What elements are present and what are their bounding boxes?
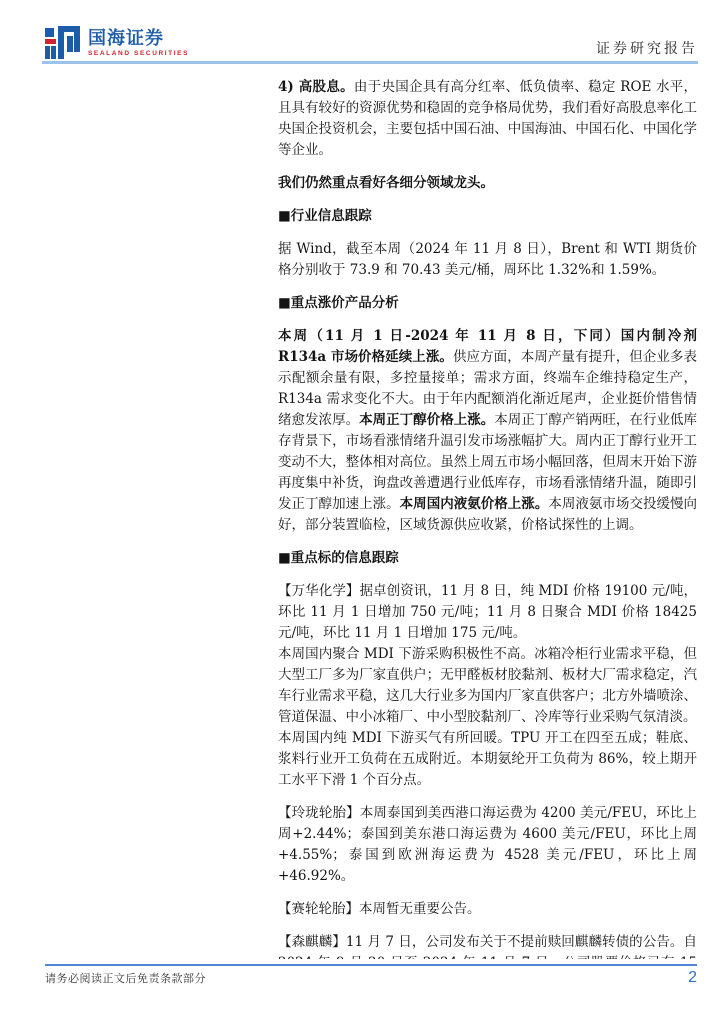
paragraph: 【森麒麟】11 月 7 日，公司发布关于不提前赎回麒麟转债的公告。自 2024 … xyxy=(278,932,697,959)
page-header: 国海证券 SEALAND SECURITIES 证券研究报告 xyxy=(45,26,698,60)
bold-text-run: 我们仍然重点看好各细分领域龙头。 xyxy=(278,175,494,191)
paragraph: 本周国内聚合 MDI 下游采购积极性不高。冰箱冷柜行业需求平稳，但大型工厂多为厂… xyxy=(278,644,697,728)
bold-text-run: 本周国内液氨价格上涨。 xyxy=(400,496,549,512)
bold-text-run: ■行业信息跟踪 xyxy=(278,208,372,224)
report-body: 4) 高股息。由于央国企具有高分红率、低负债率、稳定 ROE 水平，且具有较好的… xyxy=(278,77,697,959)
brand-subtitle: SEALAND SECURITIES xyxy=(88,50,189,57)
bold-text-run: 4) 高股息。 xyxy=(278,79,354,95)
paragraph: 据 Wind，截至本周（2024 年 11 月 8 日），Brent 和 WTI… xyxy=(278,239,697,281)
text-run: 【玲珑轮胎】本周泰国到美西港口海运费为 4200 美元/FEU，环比上周+2.4… xyxy=(278,805,697,884)
text-run: 【万华化学】据卓创资讯，11 月 8 日，纯 MDI 价格 19100 元/吨，… xyxy=(278,583,697,641)
paragraph: 【玲珑轮胎】本周泰国到美西港口海运费为 4200 美元/FEU，环比上周+2.4… xyxy=(278,803,697,887)
paragraph: 【万华化学】据卓创资讯，11 月 8 日，纯 MDI 价格 19100 元/吨，… xyxy=(278,581,697,644)
brand-text: 国海证券 SEALAND SECURITIES xyxy=(88,29,189,57)
bold-text-run: ■重点涨价产品分析 xyxy=(278,295,399,311)
section-heading: ■重点标的信息跟踪 xyxy=(278,548,697,569)
page-footer: 请务必阅读正文后免责条款部分 2 xyxy=(45,970,697,986)
brand-name: 国海证券 xyxy=(88,29,189,48)
text-run: 本周国内聚合 MDI 下游采购积极性不高。冰箱冷柜行业需求平稳，但大型工厂多为厂… xyxy=(278,646,697,725)
footer-divider xyxy=(45,964,697,966)
text-run: 【森麒麟】11 月 7 日，公司发布关于不提前赎回麒麟转债的公告。自 2024 … xyxy=(278,934,697,959)
paragraph: 本周国内纯 MDI 下游买气有所回暖。TPU 开工在四至五成；鞋底、浆料行业开工… xyxy=(278,728,697,791)
bold-text-run: ■重点标的信息跟踪 xyxy=(278,550,399,566)
header-divider xyxy=(42,61,698,64)
paragraph: 本周（11 月 1 日-2024 年 11 月 8 日，下同）国内制冷剂 R13… xyxy=(278,326,697,536)
paragraph: 【赛轮轮胎】本周暂无重要公告。 xyxy=(278,899,697,920)
paragraph: 4) 高股息。由于央国企具有高分红率、低负债率、稳定 ROE 水平，且具有较好的… xyxy=(278,77,697,161)
disclaimer-text: 请务必阅读正文后免责条款部分 xyxy=(45,970,206,986)
report-type-label: 证券研究报告 xyxy=(596,38,698,60)
section-heading: ■行业信息跟踪 xyxy=(278,206,697,227)
sealand-logo-icon xyxy=(45,26,81,60)
text-run: 据 Wind，截至本周（2024 年 11 月 8 日），Brent 和 WTI… xyxy=(278,241,697,278)
bold-text-run: 本周正丁醇价格上涨。 xyxy=(359,412,494,428)
section-heading: ■重点涨价产品分析 xyxy=(278,293,697,314)
brand: 国海证券 SEALAND SECURITIES xyxy=(45,26,189,60)
text-run: 本周国内纯 MDI 下游买气有所回暖。TPU 开工在四至五成；鞋底、浆料行业开工… xyxy=(278,730,697,788)
report-page: 国海证券 SEALAND SECURITIES 证券研究报告 4) 高股息。由于… xyxy=(0,0,724,1024)
paragraph: 我们仍然重点看好各细分领域龙头。 xyxy=(278,173,697,194)
page-number: 2 xyxy=(688,970,697,986)
text-run: 【赛轮轮胎】本周暂无重要公告。 xyxy=(278,901,481,917)
